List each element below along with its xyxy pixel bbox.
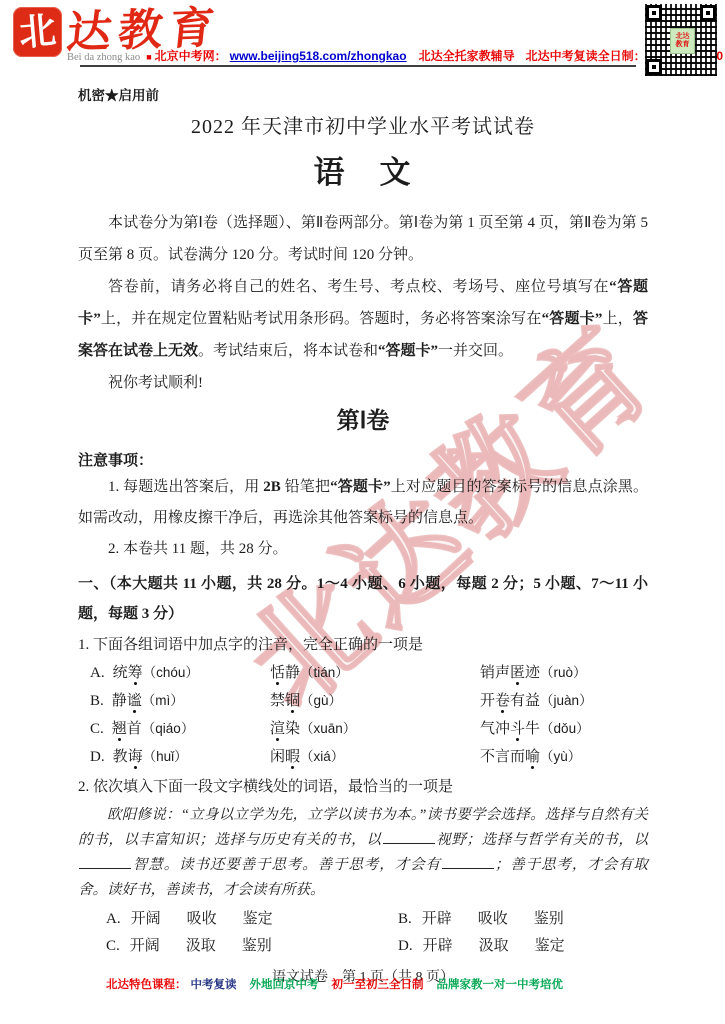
- note-item-2: 2. 本卷共 11 题，共 28 分。: [78, 534, 648, 565]
- word-pre: 统: [113, 665, 128, 681]
- dotted-char: 喻: [525, 749, 540, 765]
- dotted-char: 恬: [270, 665, 285, 681]
- q2-passage: 欧阳修说：“立身以立学为先，立学以读书为本。”读书要学会选择。选择与自然有关的书…: [78, 803, 648, 903]
- intro-paragraph-2: 答卷前，请务必将自己的姓名、考生号、考点校、考场号、座位号填写在“答题卡”上，并…: [78, 271, 648, 367]
- dotted-char: 筹: [128, 665, 143, 681]
- note2-text: 2. 本卷共 11 题，共 28 分。: [108, 541, 287, 557]
- intro-p2-seg: 答卷前，请务必将自己的姓名、考生号、考点校、考场号、座位号填写在: [108, 279, 609, 295]
- q1-d-word3: 不言而喻（yù）: [480, 743, 648, 771]
- pinyin: （huǐ）: [143, 749, 188, 764]
- option-label: C.: [90, 721, 104, 737]
- q1-a-word3: 销声匿迹（ruò）: [480, 659, 648, 687]
- intro-paragraph-1: 本试卷分为第Ⅰ卷（选择题）、第Ⅱ卷两部分。第Ⅰ卷为第 1 页至第 4 页，第Ⅱ卷…: [78, 207, 648, 271]
- option-word: 鉴定: [243, 906, 273, 933]
- qr-finder-bottomleft: [646, 59, 662, 75]
- q1-c-word1: C.翘首（qiáo）: [90, 715, 270, 743]
- option-label: D.: [398, 933, 413, 960]
- option-word: 开辟: [422, 906, 452, 933]
- intro-p2-bold: “答题卡”: [378, 343, 438, 359]
- qr-finder-topleft: [646, 5, 662, 21]
- qr-center-logo: 北达 教育: [670, 28, 695, 54]
- dotted-char: 锢: [285, 693, 300, 709]
- word-pre: 静: [112, 693, 127, 709]
- blank-line-1: [383, 831, 435, 844]
- question2-stem: 2. 依次填入下面一段文字横线处的词语，最恰当的一项是: [78, 773, 648, 801]
- passage-seg: 智慧。读书还要善于思考。善于思考，才会有: [132, 857, 441, 873]
- q1-c-word2: 渲染（xuān）: [270, 715, 480, 743]
- intro-p2-seg: 上，并在规定位置粘贴考试用条形码。答题时，务必将答案涂写在: [101, 311, 542, 327]
- q1-option-row-c[interactable]: C.翘首（qiáo） 渲染（xuān） 气冲斗牛（dǒu）: [78, 715, 648, 743]
- word-post: 首: [127, 721, 142, 737]
- note1-seg: 铅笔把: [281, 479, 330, 495]
- dotted-char: 暇: [285, 749, 300, 765]
- pinyin: （juàn）: [540, 693, 593, 708]
- option-label: A.: [90, 665, 105, 681]
- pinyin: （dǒu）: [540, 721, 590, 736]
- exam-title: 2022 年天津市初中学业水平考试试卷: [78, 110, 648, 139]
- word-pre: 销声: [480, 665, 510, 681]
- q1-a-word1: A.统筹（chóu）: [90, 659, 270, 687]
- exam-intro: 本试卷分为第Ⅰ卷（选择题）、第Ⅱ卷两部分。第Ⅰ卷为第 1 页至第 4 页，第Ⅱ卷…: [78, 207, 648, 399]
- question1-stem: 1. 下面各组词语中加点字的注音，完全正确的一项是: [78, 631, 648, 659]
- option-word: 开阔: [130, 933, 160, 960]
- dotted-char: 匿: [510, 665, 525, 681]
- pinyin: （mì）: [142, 693, 184, 708]
- note1-bold: “答题卡”: [330, 479, 391, 495]
- dotted-char: 诲: [128, 749, 143, 765]
- qr-code: 北达 教育: [645, 4, 717, 76]
- option-word: 开阔: [131, 906, 161, 933]
- intro-p1-text: 本试卷分为第Ⅰ卷（选择题）、第Ⅱ卷两部分。第Ⅰ卷为第 1 页至第 4 页，第Ⅱ卷…: [78, 215, 648, 263]
- q1-option-row-b[interactable]: B.静谧（mì） 禁锢（gù） 开卷有益（juàn）: [78, 687, 648, 715]
- pinyin: （xuān）: [300, 721, 356, 736]
- passage-seg: 视野；选择与哲学有关的书，以: [436, 832, 648, 848]
- word-pre: 开: [480, 693, 495, 709]
- q1-d-word2: 闲暇（xiá）: [270, 743, 480, 771]
- pinyin: （tián）: [300, 665, 349, 680]
- word-pre: 闲: [270, 749, 285, 765]
- option-word: 吸收: [187, 906, 217, 933]
- q2-option-d[interactable]: D.开辟汲取鉴定: [398, 933, 591, 960]
- option-label: D.: [90, 749, 105, 765]
- section1-header: 一、（本大题共 11 小题，共 28 分。1～4 小题、6 小题，每题 2 分；…: [78, 569, 648, 629]
- option-word: 汲取: [479, 933, 509, 960]
- q2-option-row-1: A.开阔吸收鉴定 B.开辟吸收鉴别: [78, 906, 648, 933]
- word-pre: 气冲: [480, 721, 510, 737]
- q1-d-word1: D.教诲（huǐ）: [90, 743, 270, 771]
- dotted-char: 斗: [510, 721, 525, 737]
- word-post: 有益: [510, 693, 540, 709]
- banner-item-huijing: 外地回京中考: [250, 979, 319, 991]
- pinyin: （yù）: [540, 749, 581, 764]
- wish-text: 祝你考试顺利!: [108, 375, 203, 391]
- word-post: 染: [285, 721, 300, 737]
- blank-line-2: [79, 856, 131, 869]
- blank-line-3: [442, 856, 494, 869]
- option-label: C.: [106, 933, 120, 960]
- banner-item-jiajiao: 品牌家教一对一中考培优: [437, 979, 564, 991]
- option-word: 开辟: [423, 933, 453, 960]
- q2-option-a[interactable]: A.开阔吸收鉴定: [106, 906, 398, 933]
- secrecy-notice: 机密★启用前: [78, 84, 648, 104]
- q1-b-word3: 开卷有益（juàn）: [480, 687, 648, 715]
- pinyin: （xiá）: [300, 749, 344, 764]
- option-word: 鉴定: [535, 933, 565, 960]
- dotted-char: 翘: [112, 721, 127, 737]
- q1-a-word2: 恬静（tián）: [270, 659, 480, 687]
- beida-logo-seal: 北: [13, 7, 62, 57]
- q1-c-word3: 气冲斗牛（dǒu）: [480, 715, 648, 743]
- word-pre: 禁: [270, 693, 285, 709]
- dotted-char: 谧: [127, 693, 142, 709]
- banner-label: 北达特色课程：: [106, 979, 187, 991]
- q2-options: A.开阔吸收鉴定 B.开辟吸收鉴别 C.开阔汲取鉴别 D.开辟汲取鉴定: [78, 906, 648, 960]
- intro-p2-bold: “答题卡”: [542, 311, 603, 327]
- option-label: B.: [398, 906, 412, 933]
- exam-subject: 语 文: [78, 147, 648, 192]
- qr-finder-topright: [700, 5, 716, 21]
- q1-b-word2: 禁锢（gù）: [270, 687, 480, 715]
- q2-option-c[interactable]: C.开阔汲取鉴别: [106, 933, 398, 960]
- wish-line: 祝你考试顺利!: [78, 367, 648, 399]
- exam-paper-page: 北 达教育 Bei da zhong kao ■ 北京中考网： www.beij…: [0, 0, 725, 1024]
- notes-title: 注意事项：: [78, 450, 648, 472]
- q1-b-word1: B.静谧（mì）: [90, 687, 270, 715]
- pinyin: （gù）: [300, 693, 342, 708]
- header-info-line: Bei da zhong kao ■ 北京中考网： www.beijing518…: [67, 47, 723, 64]
- dotted-char: 卷: [495, 693, 510, 709]
- pinyin: （qiáo）: [142, 721, 195, 736]
- option-label: A.: [106, 906, 121, 933]
- word-post: 静: [285, 665, 300, 681]
- q1-option-row-d[interactable]: D.教诲（huǐ） 闲暇（xiá） 不言而喻（yù）: [78, 743, 648, 771]
- q2-option-b[interactable]: B.开辟吸收鉴别: [398, 906, 590, 933]
- intro-p2-seg: 一并交回。: [438, 343, 513, 359]
- q1-option-row-a[interactable]: A.统筹（chóu） 恬静（tián） 销声匿迹（ruò）: [78, 659, 648, 687]
- exam-content: 机密★启用前 2022 年天津市初中学业水平考试试卷 语 文 本试卷分为第Ⅰ卷（…: [78, 84, 648, 986]
- header-divider: [80, 65, 636, 67]
- seal-character: 北: [17, 12, 57, 52]
- banner-item-fudu: 中考复读: [191, 979, 237, 991]
- bullet-icon: ■: [146, 52, 151, 62]
- part1-title: 第Ⅰ卷: [78, 405, 648, 437]
- intro-p2-seg: 上，: [602, 311, 633, 327]
- site-label: 北京中考网：: [155, 47, 227, 64]
- intro-p2-seg: 。考试结束后，将本试卷和: [198, 343, 378, 359]
- note-item-1: 1. 每题选出答案后，用 2B 铅笔把“答题卡”上对应题目的答案标号的信息点涂黑…: [78, 472, 648, 534]
- q2-option-row-2: C.开阔汲取鉴别 D.开辟汲取鉴定: [78, 933, 648, 960]
- option-label: B.: [90, 693, 104, 709]
- note1-seg: 1. 每题选出答案后，用: [108, 479, 263, 495]
- pinyin: （chóu）: [143, 665, 199, 680]
- bottom-promo-banner: 北达特色课程：中考复读外地回京中考初一至初三全日制品牌家教一对一中考培优: [0, 976, 725, 992]
- pinyin: （ruò）: [540, 665, 587, 680]
- qr-center-text-1: 北达: [676, 33, 690, 41]
- tagline-tutoring: 北达全托家教辅导: [419, 47, 515, 64]
- dotted-char: 渲: [270, 721, 285, 737]
- word-pre: 教: [113, 749, 128, 765]
- option-word: 鉴别: [242, 933, 272, 960]
- qr-center-text-2: 教育: [676, 41, 690, 49]
- option-word: 鉴别: [534, 906, 564, 933]
- note1-bold: 2B: [263, 479, 281, 495]
- option-word: 汲取: [186, 933, 216, 960]
- site-url-link[interactable]: www.beijing518.com/zhongkao: [230, 49, 407, 63]
- banner-item-quanrizhi: 初一至初三全日制: [332, 979, 424, 991]
- word-post: 迹: [525, 665, 540, 681]
- logo-romanization: Bei da zhong kao: [67, 52, 140, 63]
- option-word: 吸收: [478, 906, 508, 933]
- word-post: 牛: [525, 721, 540, 737]
- word-pre: 不言而: [480, 749, 525, 765]
